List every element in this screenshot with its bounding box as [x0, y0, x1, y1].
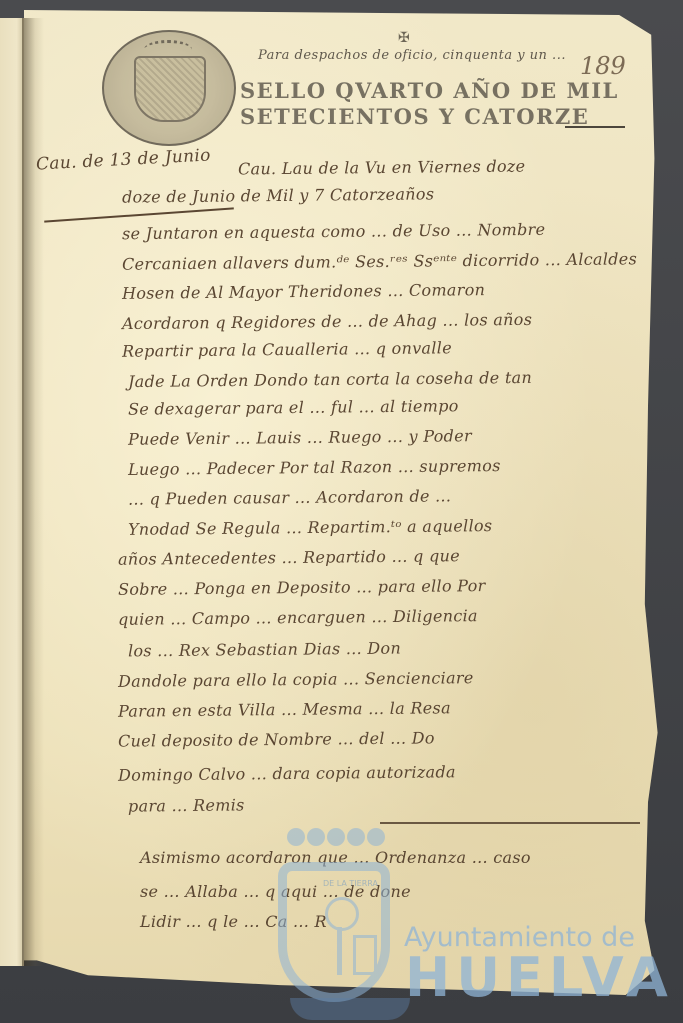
watermark-shield-icon: DE LA TIERRA — [278, 862, 390, 1002]
manuscript-line: Paran en esta Villa ... Mesma ... la Res… — [118, 698, 451, 720]
folio-number: 189 — [580, 52, 626, 80]
manuscript-line: Cuel deposito de Nombre ... del ... Do — [118, 728, 435, 750]
manuscript-line: Sobre ... Ponga en Deposito ... para ell… — [118, 576, 486, 599]
manuscript-line: Repartir para la Caualleria ... q onvall… — [122, 338, 452, 360]
manuscript-line: Se dexagerar para el ... ful ... al tiem… — [128, 396, 459, 418]
manuscript-line: Domingo Calvo ... dara copia autorizada — [118, 762, 456, 785]
tree-trunk-icon — [337, 927, 342, 975]
stamp-line-2: SETECIENTOS Y CATORZE — [240, 104, 589, 129]
stamp-rule — [565, 126, 625, 128]
seal-shield-icon — [134, 56, 206, 122]
shield-top-text: DE LA TIERRA — [323, 879, 378, 888]
tower-icon — [353, 935, 377, 975]
manuscript-line: ... q Pueden causar ... Acordaron de ... — [128, 486, 451, 508]
stamp-line-1: SELLO QVARTO AÑO DE MIL — [240, 78, 619, 103]
huelva-coat-of-arms-icon: DE LA TIERRA — [268, 828, 408, 1018]
facing-page-edge — [0, 18, 24, 966]
watermark-crown-icon — [286, 828, 390, 858]
stamp-small-line: Para despachos de oficio, cinquenta y un… — [258, 48, 566, 63]
section-end-rule — [380, 822, 640, 824]
manuscript-line: Puede Venir ... Lauis ... Ruego ... y Po… — [128, 426, 472, 449]
cross-mark-icon: ✠ — [398, 30, 410, 46]
tree-icon — [325, 897, 359, 931]
manuscript-line: Dandole para ello la copia ... Sencienci… — [118, 668, 474, 691]
royal-seal-icon — [102, 30, 236, 146]
manuscript-line: los ... Rex Sebastian Dias ... Don — [128, 639, 401, 661]
manuscript-line: Ynodad Se Regula ... Repartim.ᵗᵒ a aquel… — [128, 516, 493, 539]
watermark-base — [290, 998, 410, 1020]
manuscript-line: años Antecedentes ... Repartido ... q qu… — [118, 546, 460, 569]
manuscript-line: Luego ... Padecer Por tal Razon ... supr… — [128, 456, 501, 479]
manuscript-line: para ... Remis — [128, 795, 245, 815]
manuscript-line: Cau. Lau de la Vu en Viernes doze — [238, 156, 526, 178]
manuscript-line: doze de Junio de Mil y 7 Catorzeaños — [122, 184, 434, 206]
watermark-brand-line2: HUELVA — [405, 946, 674, 1009]
manuscript-line: Hosen de Al Mayor Theridones ... Comaron — [122, 280, 485, 303]
manuscript-line: quien ... Campo ... encarguen ... Dilige… — [118, 606, 478, 629]
